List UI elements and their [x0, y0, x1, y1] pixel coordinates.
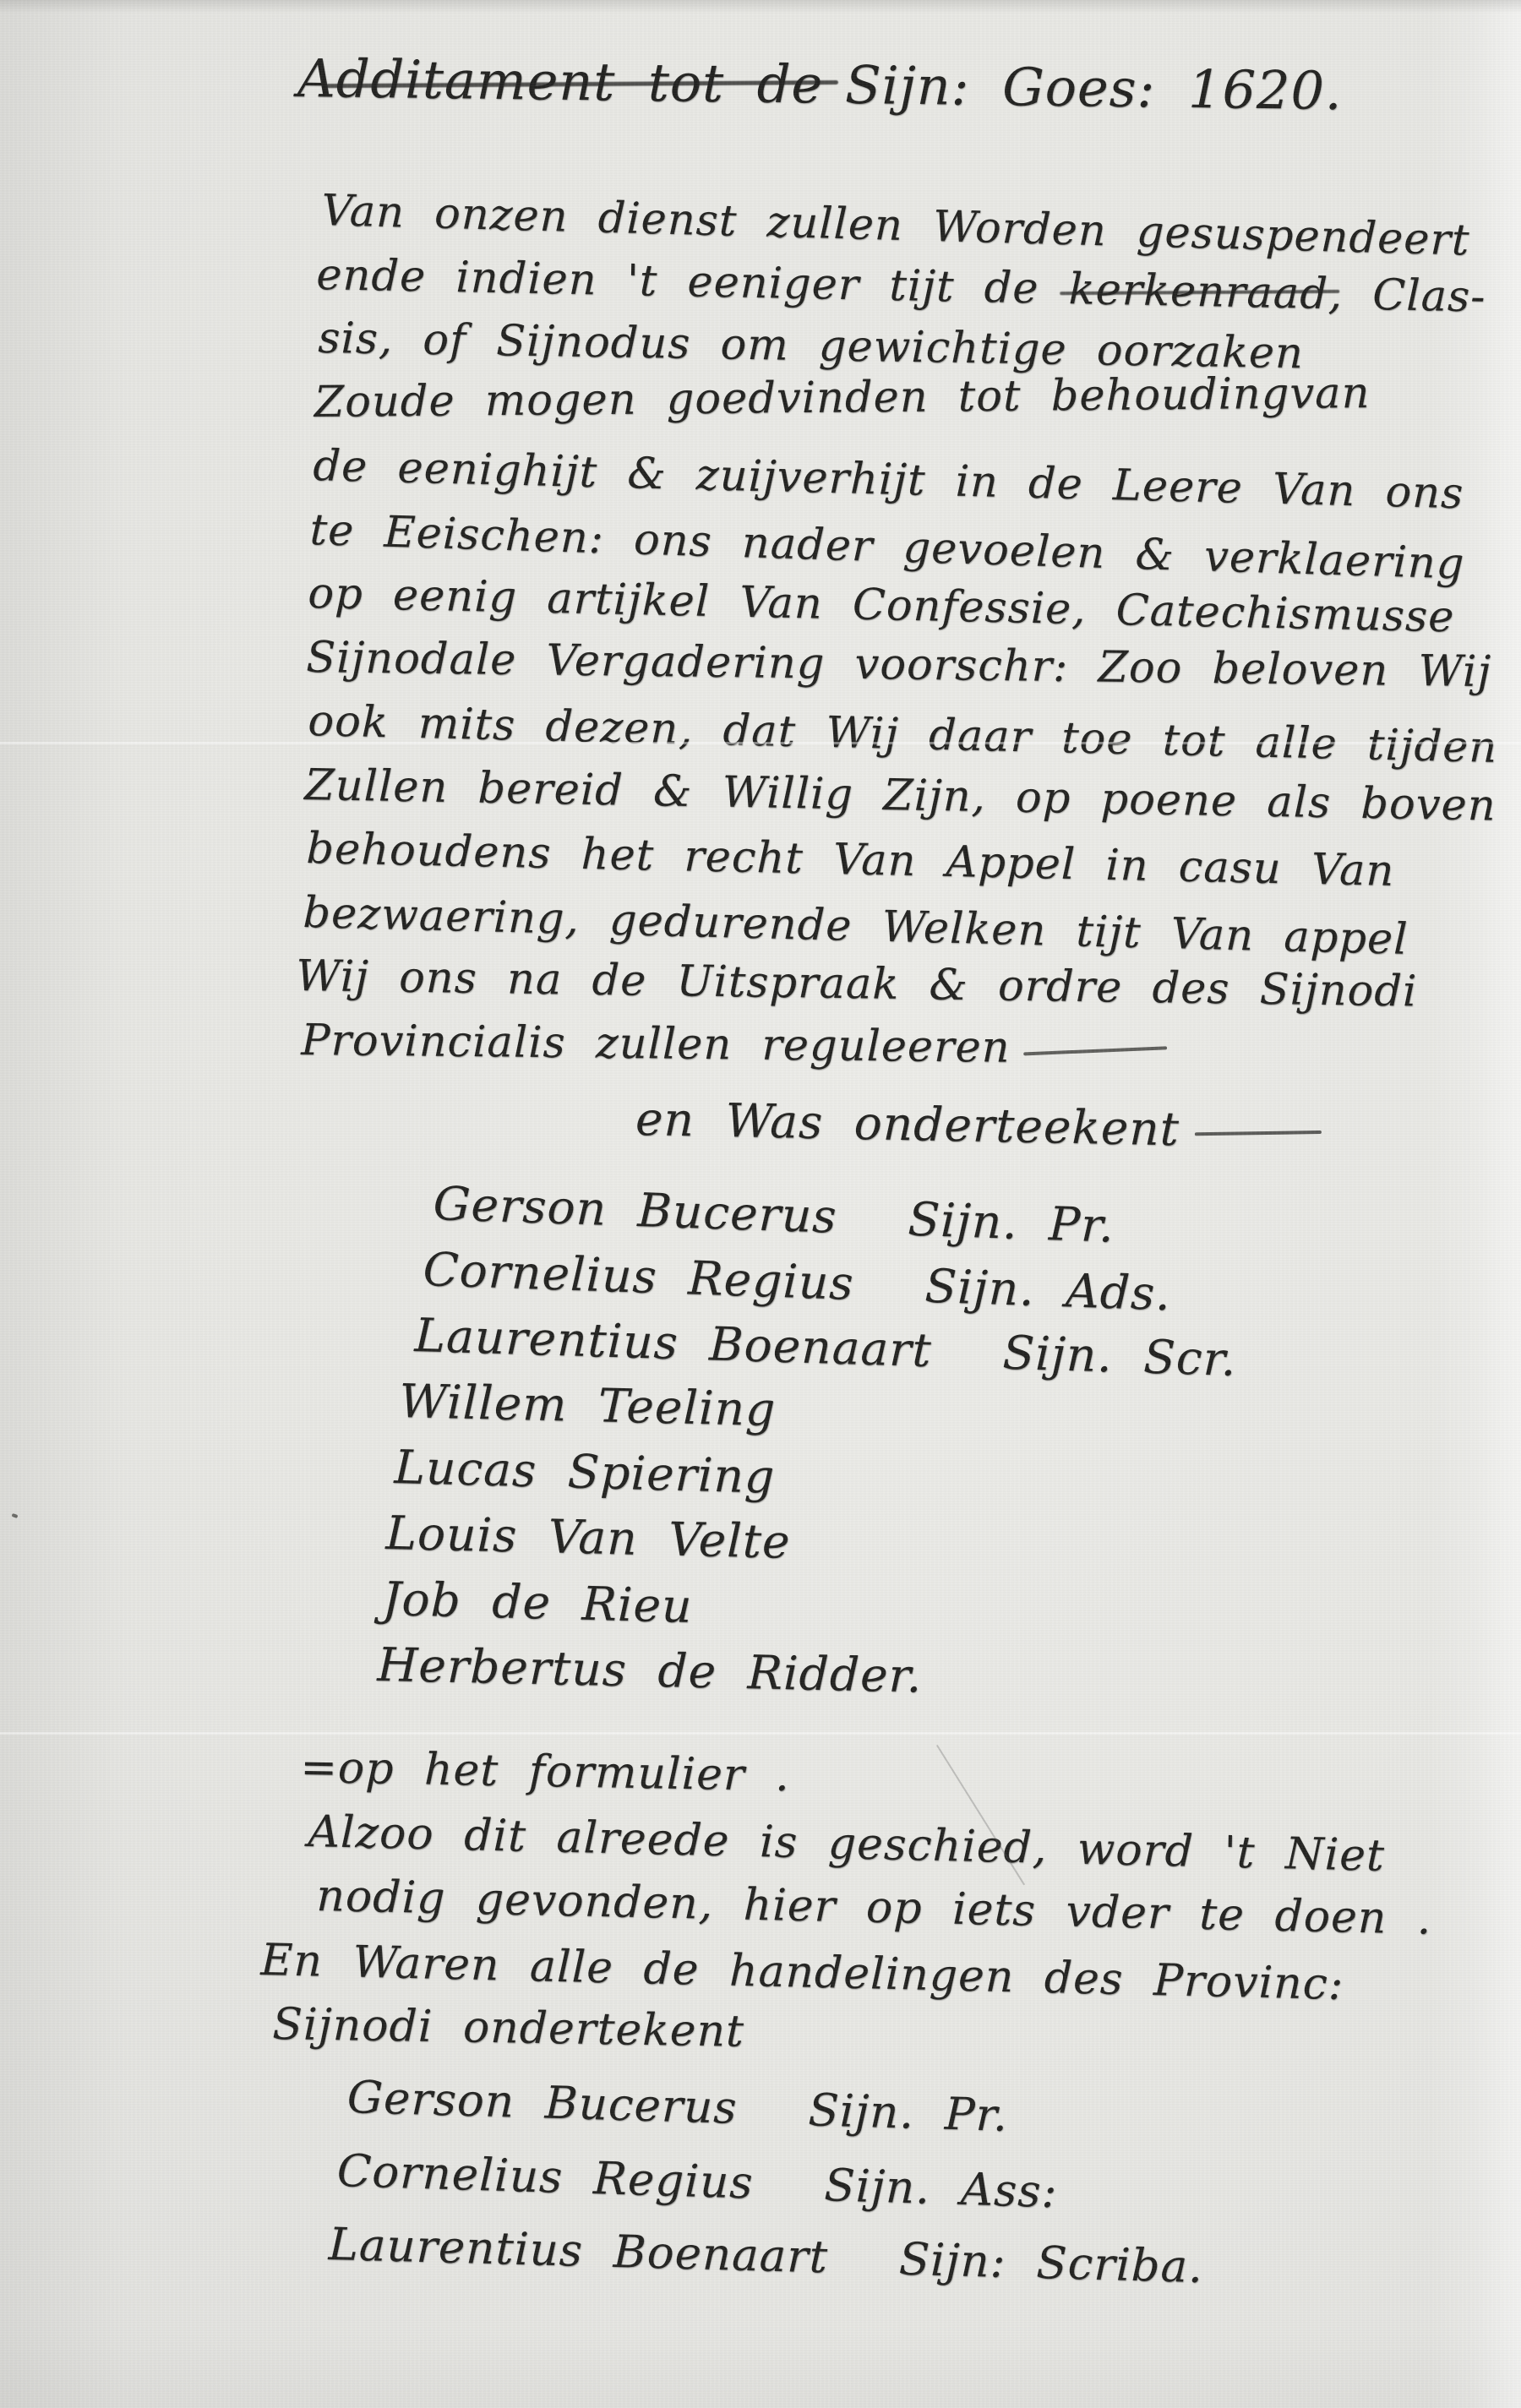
signature-block-second: Gerson BucerusSijn. Pr.Cornelius RegiusS… [328, 2072, 1203, 2292]
signature-name: Herbertus de Ridder. [377, 1637, 923, 1702]
signature-name: Louis Van Velte [385, 1506, 792, 1569]
signature-role: Sijn. Pr. [908, 1192, 1115, 1253]
signature-name: Gerson Bucerus [433, 1176, 838, 1244]
signature-role: Sijn. Scr. [1002, 1326, 1238, 1387]
signature-name: Job de Rieu [382, 1572, 694, 1633]
title-rest-text: Sijn: Goes: 1620. [845, 54, 1343, 122]
paragraph-line-4: Zoude mogen goedvinden tot behoudingvan [314, 367, 1498, 441]
body-paragraph: Van onzen dienst zullen Worden gesuspend… [281, 186, 1497, 1079]
scan-band [0, 742, 1521, 744]
title-struck-text: Additament tot de [297, 47, 824, 116]
ink-speck [12, 1513, 19, 1518]
signature-role: Sijn. Ads. [924, 1259, 1172, 1321]
paragraph-line-14: Provincialis zullen reguleeren [301, 1016, 1498, 1092]
scan-band [0, 1732, 1521, 1735]
signature-name: Lucas Spiering [394, 1440, 776, 1504]
struck-word: kerkenraad [1068, 264, 1328, 319]
signature-role: Sijn: Scriba. [898, 2234, 1204, 2293]
signature-role: Sijn. Pr. [808, 2084, 1009, 2142]
signature-name: Gerson Bucerus [346, 2072, 738, 2134]
subscription-line: en Was onderteekent [635, 1092, 1322, 1159]
signature-name: Willem Teeling [399, 1374, 777, 1436]
note-block: =op het formulier .Alzoo dit alreede is … [279, 1742, 1431, 2063]
signature-block-first: Gerson BucerusSijn. Pr.Cornelius RegiusS… [382, 1176, 1236, 1703]
signature-role: Sijn. Ass: [824, 2160, 1059, 2218]
page-title: Additament tot deSijn: Goes: 1620. [297, 47, 1343, 122]
manuscript-page: Additament tot deSijn: Goes: 1620. Van o… [0, 0, 1521, 2408]
